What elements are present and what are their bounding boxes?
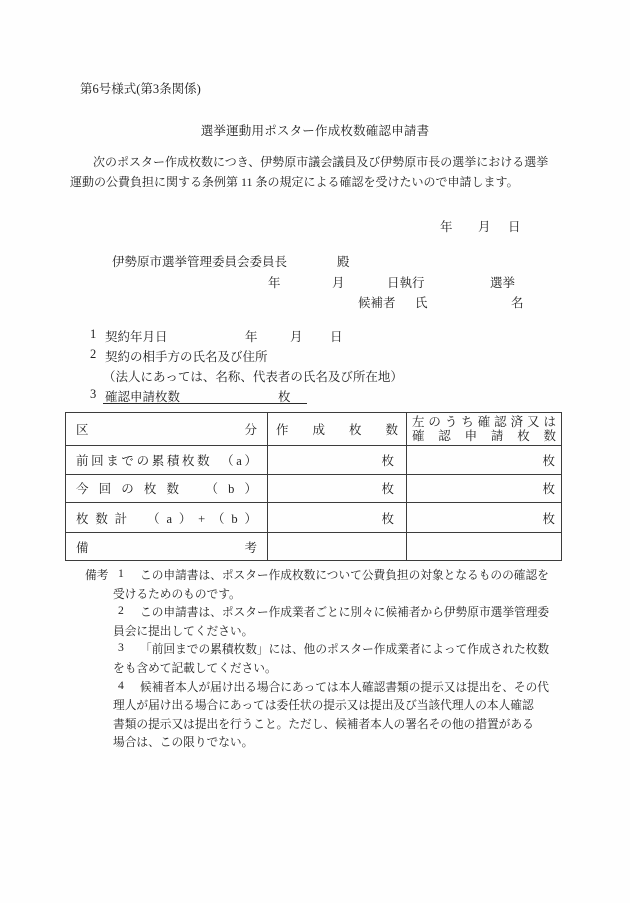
note-line: 理人が届け出る場合にあっては委任状の提示又は提出及び当該代理人の本人確認 [0,697,630,716]
fill-in-underline: 確認申請枚数 枚 [103,387,307,404]
table-header-made-count: 作成枚数 [267,413,406,445]
addressee-name: 伊勢原市選挙管理委員会委員長 [112,252,287,270]
table-cell-remarks-made [267,532,406,560]
item3-label: 確認申請枚数 [105,387,180,405]
note-number: 2 [118,604,124,617]
date-month-label: 月 [478,217,491,235]
document-page: 第6号様式(第3条関係) 選挙運動用ポスター作成枚数確認申請書 次のポスター作成… [0,0,630,903]
table-row-label-previous-total: 前回までの累積枚数 （a） [66,445,267,474]
note-line: 書類の提示又は提出を行うこと。ただし、候補者本人の署名その他の措置がある [0,716,630,735]
note-continuation-text: 場合は、この限りでない。 [113,734,253,750]
notes-heading-label: 備考 [85,567,108,583]
candidate-label: 候補者 [358,293,396,311]
item1-month-label: 月 [290,327,303,345]
form-number: 第6号様式(第3条関係) [80,79,201,97]
note-line: 場合は、この限りでない。 [0,734,630,753]
date-day-label: 日 [508,217,521,235]
note-number: 1 [118,567,124,580]
candidate-givenname-label: 名 [511,293,524,311]
poster-count-table: 区分 作成枚数 左のうち確認済又は 確認申請枚数 前回までの累積枚数 （a） 枚… [65,412,562,561]
note-line: 受けるためのものです。 [0,586,630,605]
item3-number: 3 [90,387,96,402]
note-text: 候補者本人が届け出る場合にあっては本人確認書類の提示又は提出を、その代 [140,679,549,695]
date-year-label: 年 [440,217,453,235]
page-title: 選挙運動用ポスター作成枚数確認申請書 [0,121,630,139]
note-number: 4 [118,679,124,692]
intro-line-2: 運動の公費負担に関する条例第 11 条の規定による確認を受けたいので申請します。 [70,173,548,193]
table-cell-remarks-confirmed [406,532,561,560]
item2-label: 契約の相手方の氏名及び住所 [105,347,268,365]
item3-unit-label: 枚 [278,387,291,405]
table-cell-previous-made: 枚 [267,445,406,474]
note-text: この申請書は、ポスター作成業者ごとに別々に候補者から伊勢原市選挙管理委 [140,604,549,620]
note-line: 員会に提出してください。 [0,623,630,642]
table-header-confirmed-count: 左のうち確認済又は 確認申請枚数 [406,413,561,445]
exec-year-label: 年 [268,273,281,291]
item1-label: 契約年月日 [105,327,168,345]
note-continuation-text: 書類の提示又は提出を行うこと。ただし、候補者本人の署名その他の措置がある [113,716,534,732]
table-header-confirmed-line2: 確認申請枚数 [412,429,556,444]
note-continuation-text: 受けるためのものです。 [113,586,241,602]
note-line: 4候補者本人が届け出る場合にあっては本人確認書類の提示又は提出を、その代 [0,679,630,698]
intro-line-1: 次のポスター作成枚数につき、伊勢原市議会議員及び伊勢原市長の選挙における選挙 [70,153,548,173]
election-label: 選挙 [490,273,515,291]
table-cell-previous-confirmed: 枚 [406,445,561,474]
table-cell-current-confirmed: 枚 [406,474,561,503]
notes: 備考1この申請書は、ポスター作成枚数について公費負担の対象となるものの確認を受け… [0,567,630,753]
note-number: 3 [118,641,124,654]
item1-year-label: 年 [245,327,258,345]
item1-day-label: 日 [330,327,343,345]
note-continuation-text: 員会に提出してください。 [113,623,253,639]
item2-sub-label: （法人にあっては、名称、代表者の氏名及び所在地） [103,367,403,385]
note-text: 「前回までの累積枚数」には、他のポスター作成業者によって作成された枚数 [140,641,549,657]
note-text: この申請書は、ポスター作成枚数について公費負担の対象となるものの確認を [140,567,549,583]
table-cell-current-made: 枚 [267,474,406,503]
table-row-label-current-count: 今回の枚数 （b） [66,474,267,503]
table-row-label-total: 枚数計 （a）+（b） [66,502,267,532]
table-row-label-remarks: 備考 [66,532,267,560]
candidate-surname-label: 氏 [415,293,428,311]
addressee-honorific: 殿 [337,252,350,270]
note-line: をも含めて記載してください。 [0,660,630,679]
table-header-category: 区分 [66,413,267,445]
table-header-confirmed-line1: 左のうち確認済又は [412,415,556,430]
note-line: 備考1この申請書は、ポスター作成枚数について公費負担の対象となるものの確認を [0,567,630,586]
intro-paragraph: 次のポスター作成枚数につき、伊勢原市議会議員及び伊勢原市長の選挙における選挙 運… [70,153,548,192]
note-continuation-text: 理人が届け出る場合にあっては委任状の提示又は提出及び当該代理人の本人確認 [113,697,534,713]
note-continuation-text: をも含めて記載してください。 [113,660,277,676]
note-line: 2この申請書は、ポスター作成業者ごとに別々に候補者から伊勢原市選挙管理委 [0,604,630,623]
item1-number: 1 [90,327,96,342]
item2-number: 2 [90,347,96,362]
note-line: 3「前回までの累積枚数」には、他のポスター作成業者によって作成された枚数 [0,641,630,660]
table-cell-total-confirmed: 枚 [406,502,561,532]
exec-day-label: 日執行 [387,273,425,291]
table-cell-total-made: 枚 [267,502,406,532]
exec-month-label: 月 [332,273,345,291]
